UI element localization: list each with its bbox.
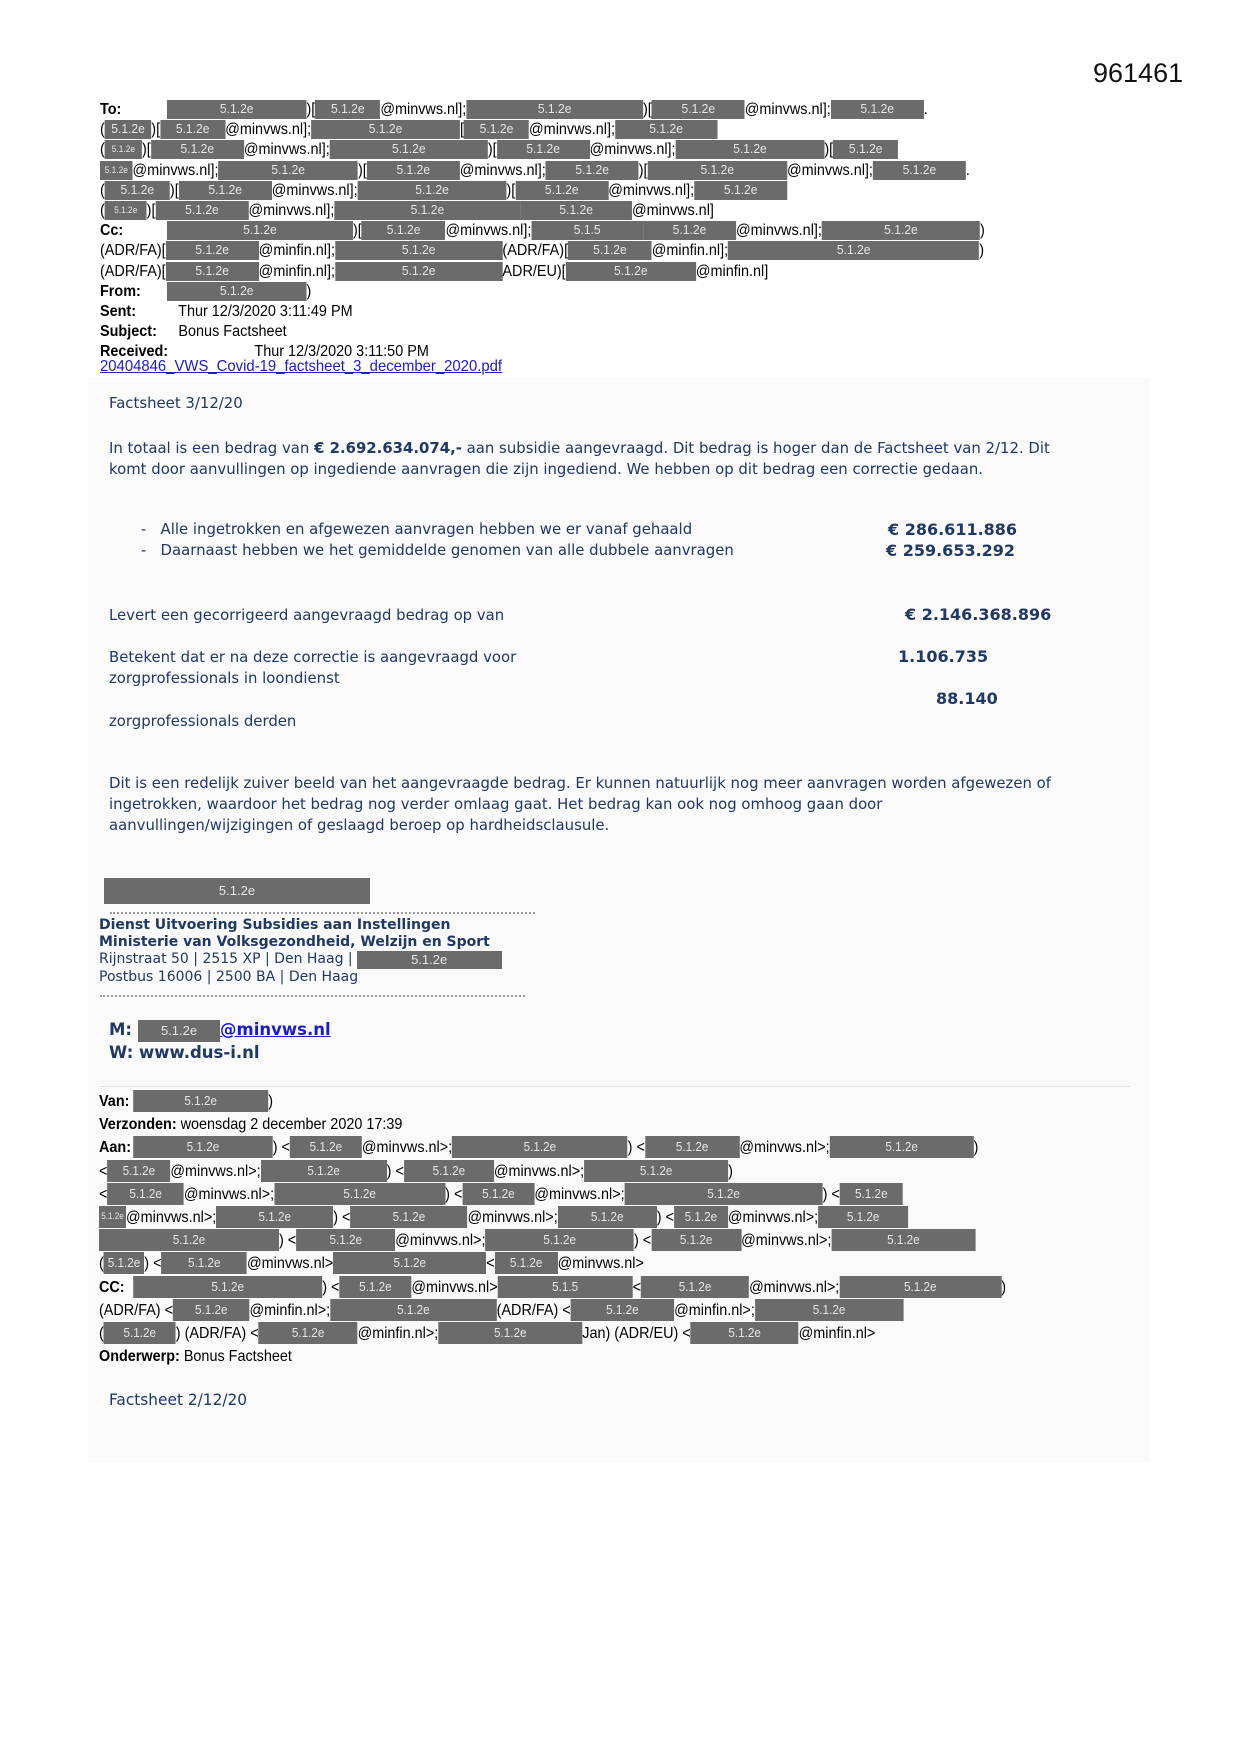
address-text: @minvws.nl]; xyxy=(590,141,676,158)
address-text: < xyxy=(633,1279,641,1296)
forwarded-line: <5.1.2e@minvws.nl>;5.1.2e) <5.1.2e@minvw… xyxy=(99,1183,1044,1206)
forwarded-line: (5.1.2e) (ADR/FA) <5.1.2e@minfin.nl>;5.1… xyxy=(99,1322,1044,1345)
address-text: ) xyxy=(974,1139,979,1156)
subject-label: Subject: xyxy=(100,322,174,342)
redaction-box: 5.1.2e xyxy=(651,1229,741,1251)
means-label-2: zorgprofessionals in loondienst xyxy=(109,668,340,689)
address-text: ) (ADR/FA) < xyxy=(176,1325,259,1342)
header-line: From:5.1.2e) xyxy=(100,282,1077,302)
forwarded-line: 5.1.2e@minvws.nl>;5.1.2e) <5.1.2e@minvws… xyxy=(99,1206,1044,1229)
redaction-box: 5.1.5 xyxy=(498,1276,633,1298)
bullet-withdrawn: - Alle ingetrokken en afgewezen aanvrage… xyxy=(141,520,692,538)
redaction-box: 5.1.2e xyxy=(694,181,787,200)
address-text: (ADR/FA)[ xyxy=(100,242,166,259)
forwarded-line: <5.1.2e@minvws.nl>;5.1.2e) <5.1.2e@minvw… xyxy=(99,1160,1044,1183)
forwarded-line: Onderwerp: Bonus Factsheet xyxy=(99,1345,1044,1368)
address-text: @minvws.nl]; xyxy=(272,182,358,199)
address-text: @minfin.nl]; xyxy=(652,242,728,259)
redaction-box: 5.1.2e xyxy=(367,161,460,180)
redaction-box: 5.1.2e xyxy=(261,1160,387,1182)
forwarded-line: CC:5.1.2e) <5.1.2e@minvws.nl>5.1.5<5.1.2… xyxy=(99,1276,1044,1299)
forwarded-line: 5.1.2e) <5.1.2e@minvws.nl>;5.1.2e) <5.1.… xyxy=(99,1229,1044,1252)
redaction-box: 5.1.2e xyxy=(218,161,358,180)
address-text: ) < xyxy=(322,1279,339,1296)
address-text: ) xyxy=(268,1093,273,1110)
redaction-box: 5.1.2e xyxy=(691,1322,799,1344)
address-text: @minvws.nl> xyxy=(247,1255,333,1272)
address-text: @minfin.nl] xyxy=(696,263,768,280)
address-text: @minvws.nl]; xyxy=(248,202,334,219)
address-text: )[ xyxy=(506,182,515,199)
address-text: @minfin.nl]; xyxy=(259,242,335,259)
intro-paragraph: In totaal is een bedrag van € 2.692.634.… xyxy=(109,438,1055,480)
redaction-box: 5.1.2e xyxy=(216,1206,333,1228)
address-text: @minfin.nl> xyxy=(799,1325,876,1342)
redaction-box: 5.1.2e xyxy=(495,1252,558,1274)
redaction-box: 5.1.2e xyxy=(133,1136,273,1158)
forwarded-line: Verzonden: woensdag 2 december 2020 17:3… xyxy=(99,1113,1044,1136)
address-text: < xyxy=(99,1186,107,1203)
redaction-box: 5.1.2e xyxy=(99,1206,126,1228)
address-text: ADR/EU)[ xyxy=(502,263,565,280)
address-text: @minvws.nl>; xyxy=(739,1139,829,1156)
redaction-box: 5.1.2e xyxy=(497,140,590,159)
address-text: @minvws.nl>; xyxy=(395,1232,485,1249)
redaction-box: 5.1.2e xyxy=(728,241,979,260)
derden-label: zorgprofessionals derden xyxy=(109,711,296,732)
redaction-box: 5.1.2e xyxy=(485,1229,634,1251)
web-row: W: www.dus-i.nl xyxy=(109,1043,260,1062)
address-text: ) < xyxy=(445,1186,462,1203)
redaction-box: 5.1.2e xyxy=(831,1229,975,1251)
redaction-box: 5.1.2e xyxy=(179,181,272,200)
redaction-box: 5.1.2e xyxy=(818,1206,908,1228)
duplicates-amount: € 259.653.292 xyxy=(886,541,1015,560)
redaction-box: 5.1.2e xyxy=(105,201,147,220)
redaction-box: 5.1.2e xyxy=(167,100,307,119)
org-line-1: Dienst Uitvoering Subsidies aan Instelli… xyxy=(99,917,450,933)
factsheet-title: Factsheet 3/12/20 xyxy=(109,393,243,414)
address-text: @minvws.nl>; xyxy=(728,1209,818,1226)
bullet-duplicates: - Daarnaast hebben we het gemiddelde gen… xyxy=(141,541,734,559)
field-label: Onderwerp: xyxy=(99,1345,180,1368)
redaction-box: 5.1.2e xyxy=(520,201,632,220)
address-text: (ADR/FA)[ xyxy=(502,242,568,259)
address-text: @minvws.nl> xyxy=(558,1255,644,1272)
redaction-box: 5.1.2e xyxy=(166,262,259,281)
address-text: )[ xyxy=(639,162,648,179)
address-text: ) < xyxy=(387,1163,404,1180)
derden-count: 88.140 xyxy=(936,689,998,708)
redaction-box: 5.1.2e xyxy=(466,100,643,119)
redaction-box: 5.1.2e xyxy=(462,1183,534,1205)
signature-divider-top xyxy=(110,912,535,914)
field-label: Aan: xyxy=(99,1136,133,1159)
address-text: (ADR/FA) < xyxy=(497,1302,571,1319)
field-label: Verzonden: xyxy=(99,1113,177,1136)
address-text: ) xyxy=(728,1163,733,1180)
redaction-box: 5.1.2e xyxy=(315,100,380,119)
forwarded-line: Van:5.1.2e) xyxy=(99,1090,1044,1113)
address-text: )[ xyxy=(170,182,179,199)
redaction-box: 5.1.2e xyxy=(167,282,307,301)
means-label-1: Betekent dat er na deze correctie is aan… xyxy=(109,647,516,668)
withdrawn-amount: € 286.611.886 xyxy=(888,520,1017,539)
address-text: @minvws.nl]; xyxy=(445,222,531,239)
redaction-box: 5.1.2e xyxy=(151,140,244,159)
address-text: @minvws.nl>; xyxy=(749,1279,839,1296)
redaction-box: 5.1.2e xyxy=(362,221,446,240)
address-text: ) < xyxy=(657,1209,674,1226)
address-text: woensdag 2 december 2020 17:39 xyxy=(177,1116,403,1133)
address-text: @minvws.nl>; xyxy=(741,1232,831,1249)
email-link[interactable]: @minvws.nl xyxy=(220,1020,331,1039)
address-text: @minvws.nl>; xyxy=(362,1139,452,1156)
address-text: @minvws.nl]; xyxy=(380,101,466,118)
redaction-box: 5.1.2e xyxy=(155,201,248,220)
address-text: @minfin.nl>; xyxy=(674,1302,755,1319)
address-text: ) < xyxy=(634,1232,651,1249)
address-text: (ADR/FA) < xyxy=(99,1302,173,1319)
redaction-box: 5.1.2e xyxy=(133,1276,322,1298)
field-label: Cc: xyxy=(100,221,167,241)
address-text: @minvws.nl]; xyxy=(745,101,831,118)
corrected-amount: € 2.146.368.896 xyxy=(905,605,1051,624)
redaction-box: 5.1.2e xyxy=(339,1276,411,1298)
email-header: To:5.1.2e)[5.1.2e@minvws.nl];5.1.2e)[5.1… xyxy=(100,100,1077,362)
redaction-box: 5.1.2e xyxy=(652,100,745,119)
redaction-box: 5.1.2e xyxy=(107,1183,183,1205)
forwarded-line: (ADR/FA) <5.1.2e@minfin.nl>;5.1.2e(ADR/F… xyxy=(99,1299,1044,1322)
address-text: @minvws.nl>; xyxy=(494,1163,584,1180)
field-label: From: xyxy=(100,282,167,302)
header-line: (ADR/FA)[5.1.2e@minfin.nl];5.1.2e(ADR/FA… xyxy=(100,241,1077,261)
address-text: )[ xyxy=(824,141,833,158)
redaction-box: 5.1.2e xyxy=(107,1160,170,1182)
redaction-box: 5.1.2e xyxy=(330,1299,497,1321)
address-text: Bonus Factsheet xyxy=(180,1348,292,1365)
address-text: @minvws.nl>; xyxy=(126,1209,216,1226)
redaction-box: 5.1.2e xyxy=(674,1206,728,1228)
mobile-row: M:5.1.2e@minvws.nl xyxy=(109,1020,331,1042)
address-text: )[ xyxy=(151,121,160,138)
mobile-redacted: 5.1.2e xyxy=(138,1020,220,1042)
redaction-box: 5.1.2e xyxy=(641,1276,749,1298)
address-text: )[ xyxy=(488,141,497,158)
address-text: @minvws.nl]; xyxy=(608,182,694,199)
website[interactable]: www.dus-i.nl xyxy=(139,1043,260,1062)
redaction-box: 5.1.2e xyxy=(167,221,353,240)
address-text: ) < xyxy=(273,1139,290,1156)
redaction-box: 5.1.2e xyxy=(162,1252,248,1274)
forwarded-factsheet-title: Factsheet 2/12/20 xyxy=(109,1390,247,1409)
address-text: . xyxy=(966,162,970,179)
redaction-box: 5.1.2e xyxy=(464,120,529,139)
address-text: . xyxy=(924,101,928,118)
address-text: ) < xyxy=(144,1255,161,1272)
address-text: @minfin.nl]; xyxy=(259,263,335,280)
address-text: @minfin.nl>; xyxy=(358,1325,439,1342)
redaction-box: 5.1.2e xyxy=(296,1229,395,1251)
redaction-box: 5.1.2e xyxy=(625,1183,823,1205)
address-text: ) xyxy=(306,283,311,300)
redaction-box: 5.1.2e xyxy=(831,100,924,119)
address-text: )[ xyxy=(306,101,315,118)
redaction-box: 5.1.2e xyxy=(584,1160,728,1182)
redaction-box: 5.1.2e xyxy=(334,201,520,220)
header-line: To:5.1.2e)[5.1.2e@minvws.nl];5.1.2e)[5.1… xyxy=(100,100,1077,120)
address-text: @minvws.nl]; xyxy=(529,121,615,138)
header-line: Cc:5.1.2e)[5.1.2e@minvws.nl];5.1.55.1.2e… xyxy=(100,221,1077,241)
redaction-box: 5.1.2e xyxy=(840,1183,903,1205)
redaction-box: 5.1.2e xyxy=(105,140,142,159)
forwarded-line: Aan:5.1.2e) <5.1.2e@minvws.nl>;5.1.2e) <… xyxy=(99,1136,1044,1159)
address-text: @minvws.nl]; xyxy=(225,121,311,138)
redaction-box: 5.1.2e xyxy=(648,161,788,180)
redaction-box: 5.1.2e xyxy=(104,1322,176,1344)
address-text: ) xyxy=(980,222,985,239)
org-line-2: Ministerie van Volksgezondheid, Welzijn … xyxy=(99,934,490,950)
redaction-box: 5.1.2e xyxy=(335,262,502,281)
address-text: @minvws.nl]; xyxy=(736,222,822,239)
address-text: ) < xyxy=(279,1232,296,1249)
redaction-box: 5.1.2e xyxy=(99,1229,279,1251)
header-line: (ADR/FA)[5.1.2e@minfin.nl];5.1.2eADR/EU)… xyxy=(100,262,1077,282)
header-line: (5.1.2e)[5.1.2e@minvws.nl];5.1.2e[5.1.2e… xyxy=(100,120,1077,140)
redaction-box: 5.1.2e xyxy=(830,1136,974,1158)
address-text: @minvws.nl>; xyxy=(534,1186,624,1203)
redaction-box: 5.1.2e xyxy=(515,181,608,200)
forwarded-line: (5.1.2e) <5.1.2e@minvws.nl>5.1.2e<5.1.2e… xyxy=(99,1252,1044,1275)
address-text: ) xyxy=(1001,1279,1006,1296)
address-text: @minvws.nl]; xyxy=(244,141,330,158)
closing-paragraph: Dit is een redelijk zuiver beeld van het… xyxy=(109,773,1055,836)
total-amount: € 2.692.634.074,- xyxy=(314,439,462,457)
address-text: Jan) (ADR/EU) < xyxy=(582,1325,690,1342)
redaction-box: 5.1.2e xyxy=(755,1299,904,1321)
redaction-box: 5.1.2e xyxy=(333,1252,486,1274)
forward-separator xyxy=(100,1086,1130,1087)
redaction-box: 5.1.2e xyxy=(330,140,488,159)
header-line: 5.1.2e@minvws.nl];5.1.2e)[5.1.2e@minvws.… xyxy=(100,161,1077,181)
recipient-lines: To:5.1.2e)[5.1.2e@minvws.nl];5.1.2e)[5.1… xyxy=(100,100,1077,302)
redaction-box: 5.1.2e xyxy=(571,1299,675,1321)
address-text: @minvws.nl>; xyxy=(467,1209,557,1226)
sent-value: Thur 12/3/2020 3:11:49 PM xyxy=(178,303,352,320)
address-text: @minvws.nl] xyxy=(632,202,714,219)
redaction-box: 5.1.2e xyxy=(645,1136,740,1158)
forwarded-header: Van:5.1.2e)Verzonden: woensdag 2 decembe… xyxy=(99,1090,1044,1368)
address-text: @minvws.nl]; xyxy=(133,162,219,179)
subject-value: Bonus Factsheet xyxy=(178,323,286,340)
redaction-box: 5.1.2e xyxy=(358,181,507,200)
redaction-box: 5.1.2e xyxy=(173,1299,250,1321)
attachment-link[interactable]: 20404846_VWS_Covid-19_factsheet_3_decemb… xyxy=(100,358,502,376)
sent-row: Sent: Thur 12/3/2020 3:11:49 PM xyxy=(100,302,1077,322)
address-text: @minvws.nl>; xyxy=(170,1163,260,1180)
redaction-box: 5.1.2e xyxy=(566,262,696,281)
address-text: < xyxy=(486,1255,494,1272)
address-text: )[ xyxy=(353,222,362,239)
redaction-box: 5.1.2e xyxy=(290,1136,362,1158)
redaction-box: 5.1.2e xyxy=(404,1160,494,1182)
loondienst-count: 1.106.735 xyxy=(898,647,988,666)
address-text: @minvws.nl]; xyxy=(787,162,873,179)
header-line: (5.1.2e)[5.1.2e@minvws.nl];5.1.2e)[5.1.2… xyxy=(100,181,1077,201)
redaction-box: 5.1.2e xyxy=(452,1136,628,1158)
redaction-box: 5.1.2e xyxy=(643,221,736,240)
redaction-box: 5.1.5 xyxy=(531,221,643,240)
address-text: )[ xyxy=(358,162,367,179)
redaction-box: 5.1.2e xyxy=(839,1276,1001,1298)
redaction-box: 5.1.2e xyxy=(166,241,259,260)
redaction-box: 5.1.2e xyxy=(105,181,170,200)
redaction-box: 5.1.2e xyxy=(311,120,460,139)
sent-label: Sent: xyxy=(100,302,174,322)
redaction-box: 5.1.2e xyxy=(160,120,225,139)
address-text: )[ xyxy=(147,202,156,219)
field-label: To: xyxy=(100,100,167,120)
address-text: ) xyxy=(979,242,984,259)
redaction-box: 5.1.2e xyxy=(822,221,980,240)
address-text: )[ xyxy=(142,141,151,158)
redaction-box: 5.1.2e xyxy=(833,140,898,159)
redaction-box: 5.1.2e xyxy=(558,1206,657,1228)
redaction-box: 5.1.2e xyxy=(274,1183,445,1205)
address-line-1: Rijnstraat 50 | 2515 XP | Den Haag |5.1.… xyxy=(99,951,502,969)
address-text: @minfin.nl>; xyxy=(250,1302,331,1319)
redaction-box: 5.1.2e xyxy=(105,120,152,139)
redaction-box: 5.1.2e xyxy=(873,161,966,180)
address-text: < xyxy=(99,1163,107,1180)
redaction-box: 5.1.2e xyxy=(568,241,652,260)
field-label: CC: xyxy=(99,1276,133,1299)
redaction-box: 5.1.2e xyxy=(615,120,717,139)
address-text: @minvws.nl> xyxy=(411,1279,497,1296)
field-label: Van: xyxy=(99,1090,133,1113)
address-text: @minvws.nl]; xyxy=(460,162,546,179)
address-text: @minvws.nl>; xyxy=(184,1186,274,1203)
redaction-box: 5.1.2e xyxy=(100,161,133,180)
redaction-box: 5.1.2e xyxy=(259,1322,358,1344)
forwarded-lines: Van:5.1.2e)Verzonden: woensdag 2 decembe… xyxy=(99,1090,1044,1368)
subject-row: Subject: Bonus Factsheet xyxy=(100,322,1077,342)
redaction-box: 5.1.2e xyxy=(133,1090,268,1112)
address-line-2: Postbus 16006 | 2500 BA | Den Haag xyxy=(99,969,358,985)
address-redacted: 5.1.2e xyxy=(357,951,502,969)
address-text: ) < xyxy=(823,1186,840,1203)
redaction-box: 5.1.2e xyxy=(546,161,639,180)
address-text: (ADR/FA)[ xyxy=(100,263,166,280)
redaction-box: 5.1.2e xyxy=(438,1322,582,1344)
header-line: (5.1.2e)[5.1.2e@minvws.nl];5.1.2e5.1.2e@… xyxy=(100,201,1077,221)
redaction-box: 5.1.2e xyxy=(335,241,502,260)
signature-name-redacted: 5.1.2e xyxy=(104,878,370,904)
address-text: ) < xyxy=(628,1139,645,1156)
redaction-box: 5.1.2e xyxy=(350,1206,467,1228)
redaction-box: 5.1.2e xyxy=(104,1252,145,1274)
corrected-label: Levert een gecorrigeerd aangevraagd bedr… xyxy=(109,605,504,626)
page-number: 961461 xyxy=(1093,58,1183,89)
header-line: (5.1.2e)[5.1.2e@minvws.nl];5.1.2e)[5.1.2… xyxy=(100,140,1077,160)
redaction-box: 5.1.2e xyxy=(676,140,825,159)
signature-divider-bottom xyxy=(100,995,525,997)
address-text: )[ xyxy=(643,101,652,118)
address-text: ) < xyxy=(333,1209,350,1226)
